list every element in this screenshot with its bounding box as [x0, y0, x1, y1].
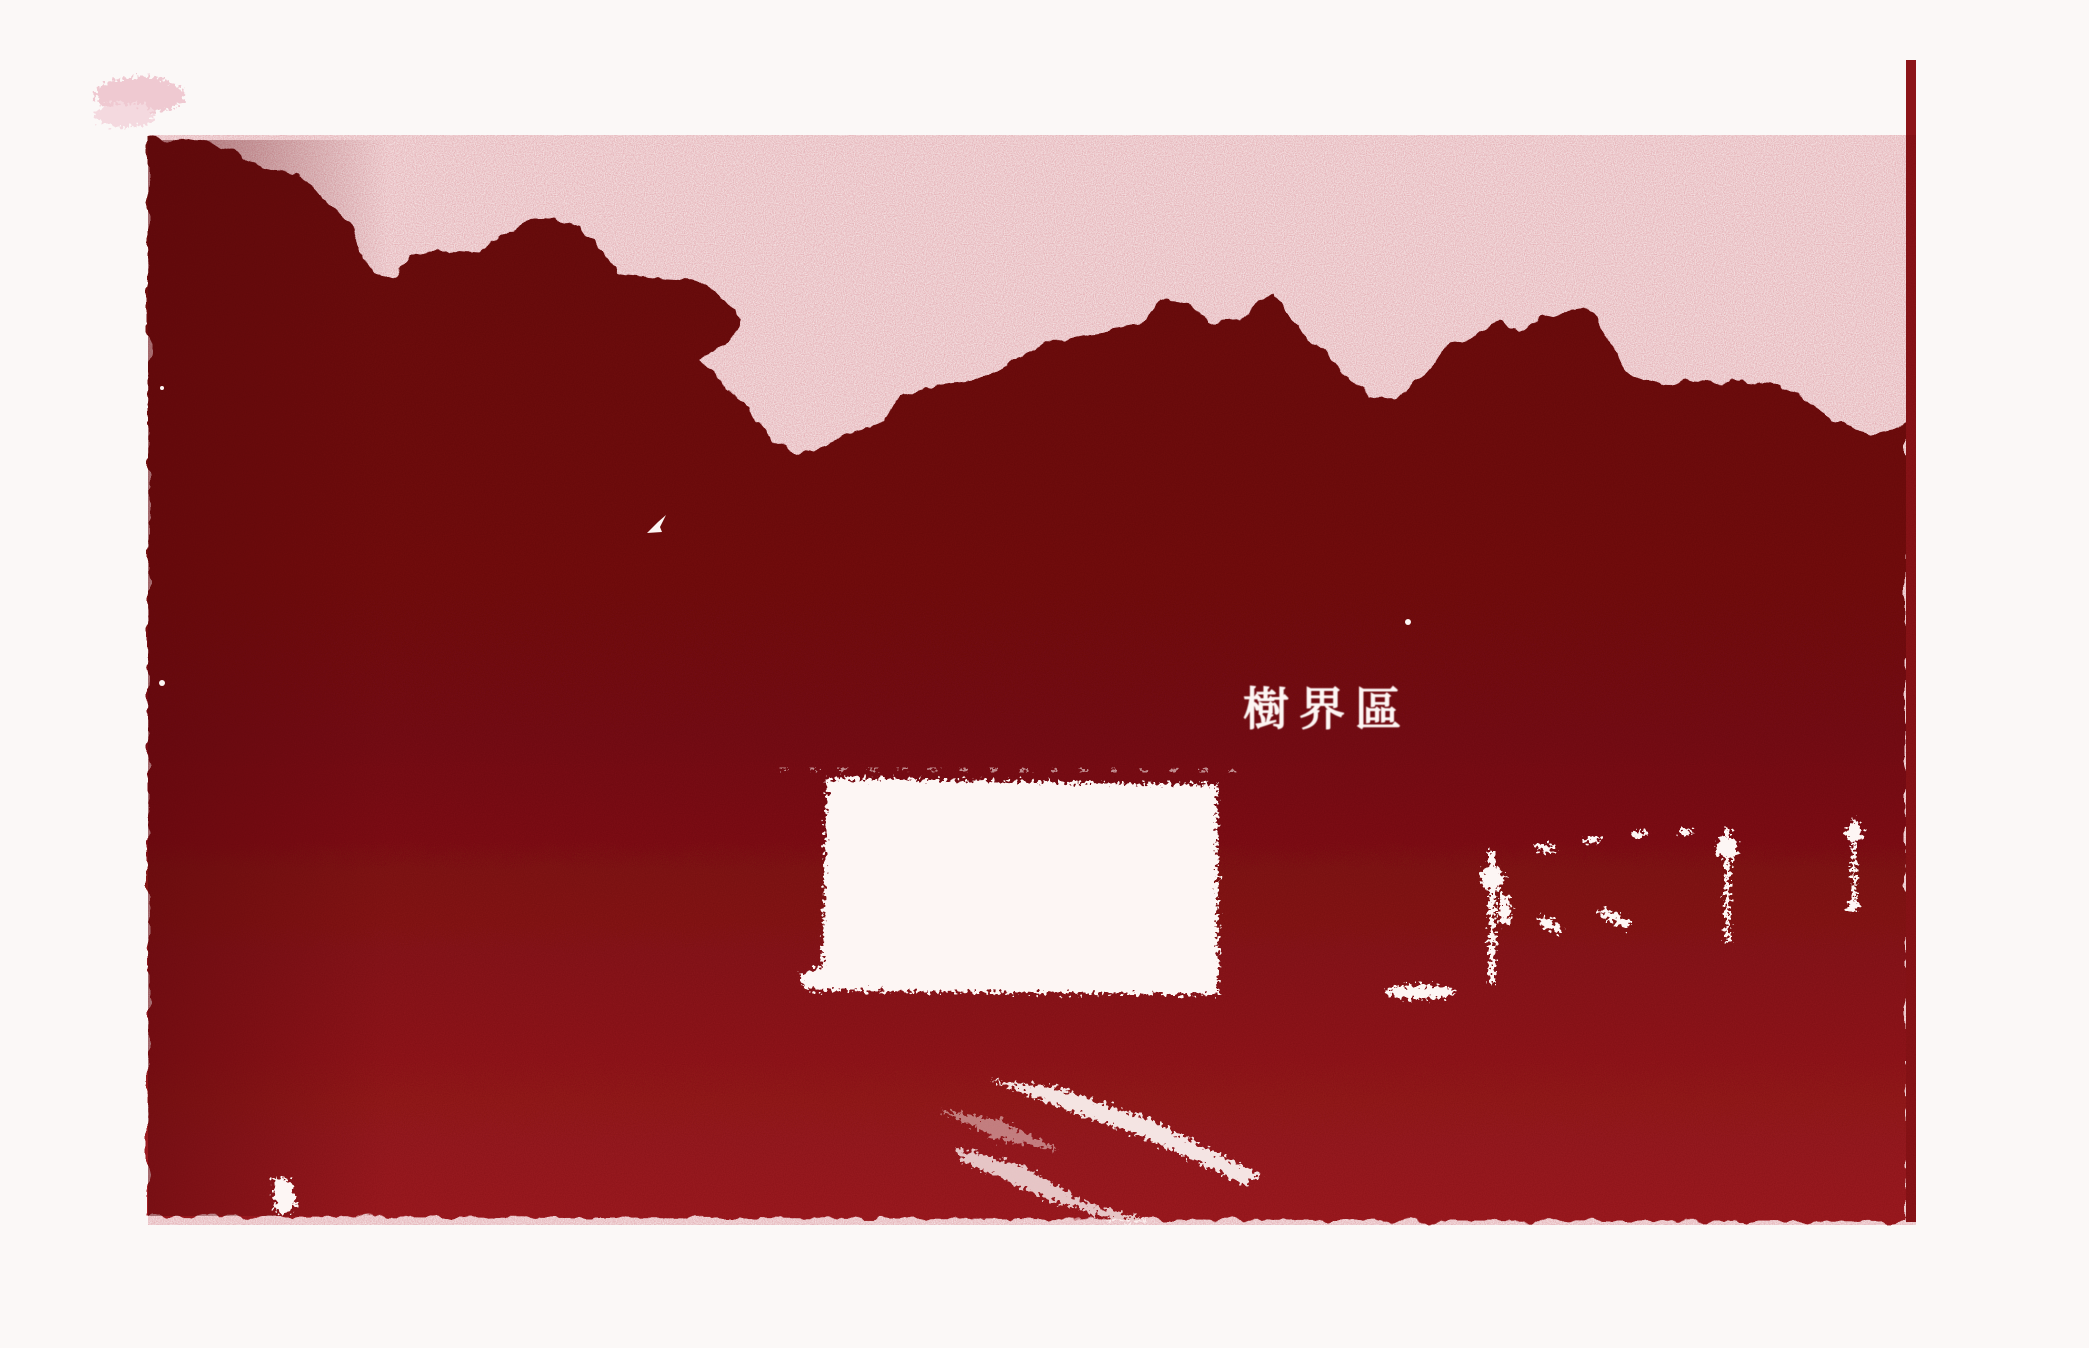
billboard: [800, 778, 1218, 995]
photo-print: [0, 0, 2089, 1348]
sign-lettering: 樹界區: [1243, 673, 1411, 739]
ink-smudge: [95, 77, 185, 127]
